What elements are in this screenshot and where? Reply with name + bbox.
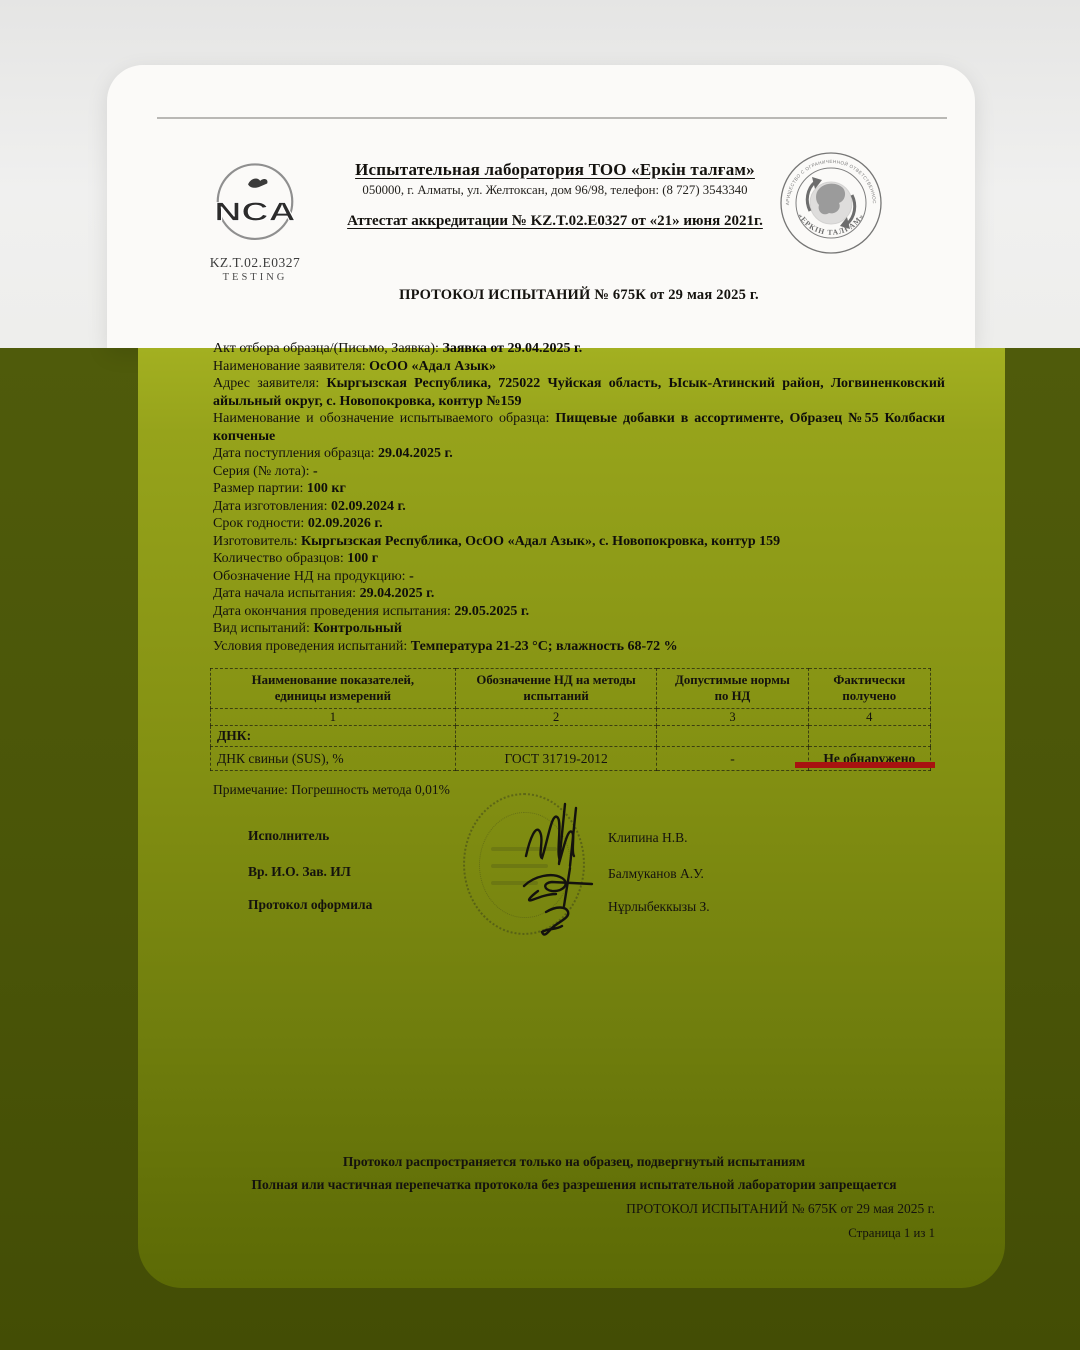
table-header-cell: Фактически получено: [808, 669, 930, 709]
section-label: ДНК:: [211, 726, 456, 747]
info-label: Акт отбора образца/(Письмо, Заявка):: [213, 341, 442, 356]
column-number: 4: [808, 709, 930, 726]
signature-role: Протокол оформила: [248, 897, 372, 913]
info-value: Заявка от 29.04.2025 г.: [442, 341, 582, 356]
allowed-norm: -: [657, 747, 808, 771]
signature-role: Исполнитель: [248, 828, 329, 844]
info-line: Дата изготовления: 02.09.2024 г.: [213, 498, 945, 516]
scan-artifact-line: [157, 117, 947, 119]
info-line: Условия проведения испытаний: Температур…: [213, 638, 945, 656]
footer-protocol-ref: ПРОТОКОЛ ИСПЫТАНИЙ № 675К от 29 мая 2025…: [213, 1200, 935, 1217]
info-label: Серия (№ лота):: [213, 464, 313, 479]
info-line: Дата поступления образца: 29.04.2025 г.: [213, 445, 945, 463]
signature-name: Балмуканов А.У.: [608, 866, 704, 882]
info-label: Наименование заявителя:: [213, 359, 369, 374]
info-value: 100 кг: [307, 481, 346, 496]
nca-accreditation-logo: NCA KZ.T.02.E0327 TESTING: [190, 158, 320, 283]
info-label: Вид испытаний:: [213, 621, 313, 636]
nca-acronym: NCA: [214, 197, 296, 227]
footer-restriction-line: Протокол распространяется только на обра…: [213, 1153, 935, 1170]
column-number: 1: [211, 709, 456, 726]
info-label: Обозначение НД на продукцию:: [213, 569, 409, 584]
signature-name: Клипина Н.В.: [608, 830, 688, 846]
info-line: Дата начала испытания: 29.04.2025 г.: [213, 585, 945, 603]
bird-icon: [248, 178, 267, 187]
info-line: Адрес заявителя: Кыргызская Республика, …: [213, 375, 945, 410]
info-value: -: [313, 464, 318, 479]
info-line: Наименование заявителя: ОсОО «Адал Азык»: [213, 358, 945, 376]
post-image: NCA KZ.T.02.E0327 TESTING Испытательная …: [0, 0, 1080, 1350]
info-value: Контрольный: [313, 621, 402, 636]
table-header-cell: Обозначение НД на методы испытаний: [455, 669, 657, 709]
info-line: Количество образцов: 100 г: [213, 550, 945, 568]
info-label: Размер партии:: [213, 481, 307, 496]
info-value: 29.04.2025 г.: [378, 446, 453, 461]
info-line: Серия (№ лота): -: [213, 463, 945, 481]
indicator-name: ДНК свиньи (SUS), %: [211, 747, 456, 771]
info-label: Дата поступления образца:: [213, 446, 378, 461]
sample-info-block: Акт отбора образца/(Письмо, Заявка): Зая…: [213, 340, 945, 655]
info-label: Адрес заявителя:: [213, 376, 326, 391]
lab-header: Испытательная лаборатория ТОО «Еркін тал…: [318, 160, 792, 230]
info-line: Дата окончания проведения испытания: 29.…: [213, 603, 945, 621]
info-line: Наименование и обозначение испытываемого…: [213, 410, 945, 445]
column-number: 3: [657, 709, 808, 726]
empty-cell: [808, 726, 930, 747]
info-value: Температура 21-23 °С; влажность 68-72 %: [411, 639, 678, 654]
signature-role: Вр. И.О. Зав. ИЛ: [248, 864, 351, 880]
info-label: Дата окончания проведения испытания:: [213, 604, 454, 619]
column-number: 2: [455, 709, 657, 726]
table-header-row: Наименование показателей, единицы измере…: [211, 669, 931, 709]
info-value: 29.05.2025 г.: [454, 604, 529, 619]
empty-cell: [657, 726, 808, 747]
info-label: Количество образцов:: [213, 551, 347, 566]
lab-address: 050000, г. Алматы, ул. Желтоксан, дом 96…: [318, 183, 792, 198]
results-table: Наименование показателей, единицы измере…: [210, 668, 931, 771]
handwritten-signatures: [518, 798, 606, 936]
page-number: Страница 1 из 1: [213, 1225, 935, 1242]
info-label: Дата изготовления:: [213, 499, 331, 514]
accreditation-line: Аттестат аккредитации № KZ.T.02.E0327 от…: [318, 213, 792, 230]
info-value: Кыргызская Республика, ОсОО «Адал Азык»,…: [301, 534, 780, 549]
info-label: Срок годности:: [213, 516, 308, 531]
document-content: NCA KZ.T.02.E0327 TESTING Испытательная …: [0, 0, 1080, 1350]
info-label: Наименование и обозначение испытываемого…: [213, 411, 555, 426]
info-line: Акт отбора образца/(Письмо, Заявка): Зая…: [213, 340, 945, 358]
info-label: Дата начала испытания:: [213, 586, 360, 601]
info-line: Обозначение НД на продукцию: -: [213, 568, 945, 586]
info-line: Срок годности: 02.09.2026 г.: [213, 515, 945, 533]
info-line: Изготовитель: Кыргызская Республика, ОсО…: [213, 533, 945, 551]
lab-round-stamp: ТОВАРИЩЕСТВО С ОГРАНИЧЕННОЙ ОТВЕТСТВЕННО…: [779, 151, 883, 255]
footer-block: Протокол распространяется только на обра…: [213, 1153, 935, 1242]
note-value: Погрешность метода 0,01%: [291, 782, 450, 797]
table-section-row: ДНК:: [211, 726, 931, 747]
signature-name: Нұрлыбеккызы З.: [608, 899, 710, 915]
protocol-title: ПРОТОКОЛ ИСПЫТАНИЙ № 675К от 29 мая 2025…: [213, 287, 945, 304]
method-standard: ГОСТ 31719-2012: [455, 747, 657, 771]
info-label: Изготовитель:: [213, 534, 301, 549]
table-column-number-row: 1 2 3 4: [211, 709, 931, 726]
info-label: Условия проведения испытаний:: [213, 639, 411, 654]
info-value: 02.09.2026 г.: [308, 516, 383, 531]
nca-code: KZ.T.02.E0327: [190, 255, 320, 271]
note-line: Примечание: Погрешность метода 0,01%: [213, 782, 450, 798]
info-line: Размер партии: 100 кг: [213, 480, 945, 498]
nca-logo-icon: NCA: [203, 158, 307, 254]
info-value: ОсОО «Адал Азык»: [369, 359, 496, 374]
info-value: 100 г: [347, 551, 378, 566]
info-value: -: [409, 569, 414, 584]
info-value: 02.09.2024 г.: [331, 499, 406, 514]
footer-copy-line: Полная или частичная перепечатка протоко…: [213, 1176, 935, 1193]
info-value: 29.04.2025 г.: [360, 586, 435, 601]
empty-cell: [455, 726, 657, 747]
note-label: Примечание:: [213, 782, 291, 797]
table-header-cell: Наименование показателей, единицы измере…: [211, 669, 456, 709]
info-line: Вид испытаний: Контрольный: [213, 620, 945, 638]
table-header-cell: Допустимые нормы по НД: [657, 669, 808, 709]
nca-sub-label: TESTING: [190, 272, 320, 283]
lab-name: Испытательная лаборатория ТОО «Еркін тал…: [318, 160, 792, 180]
red-highlight-underline: [795, 762, 935, 768]
